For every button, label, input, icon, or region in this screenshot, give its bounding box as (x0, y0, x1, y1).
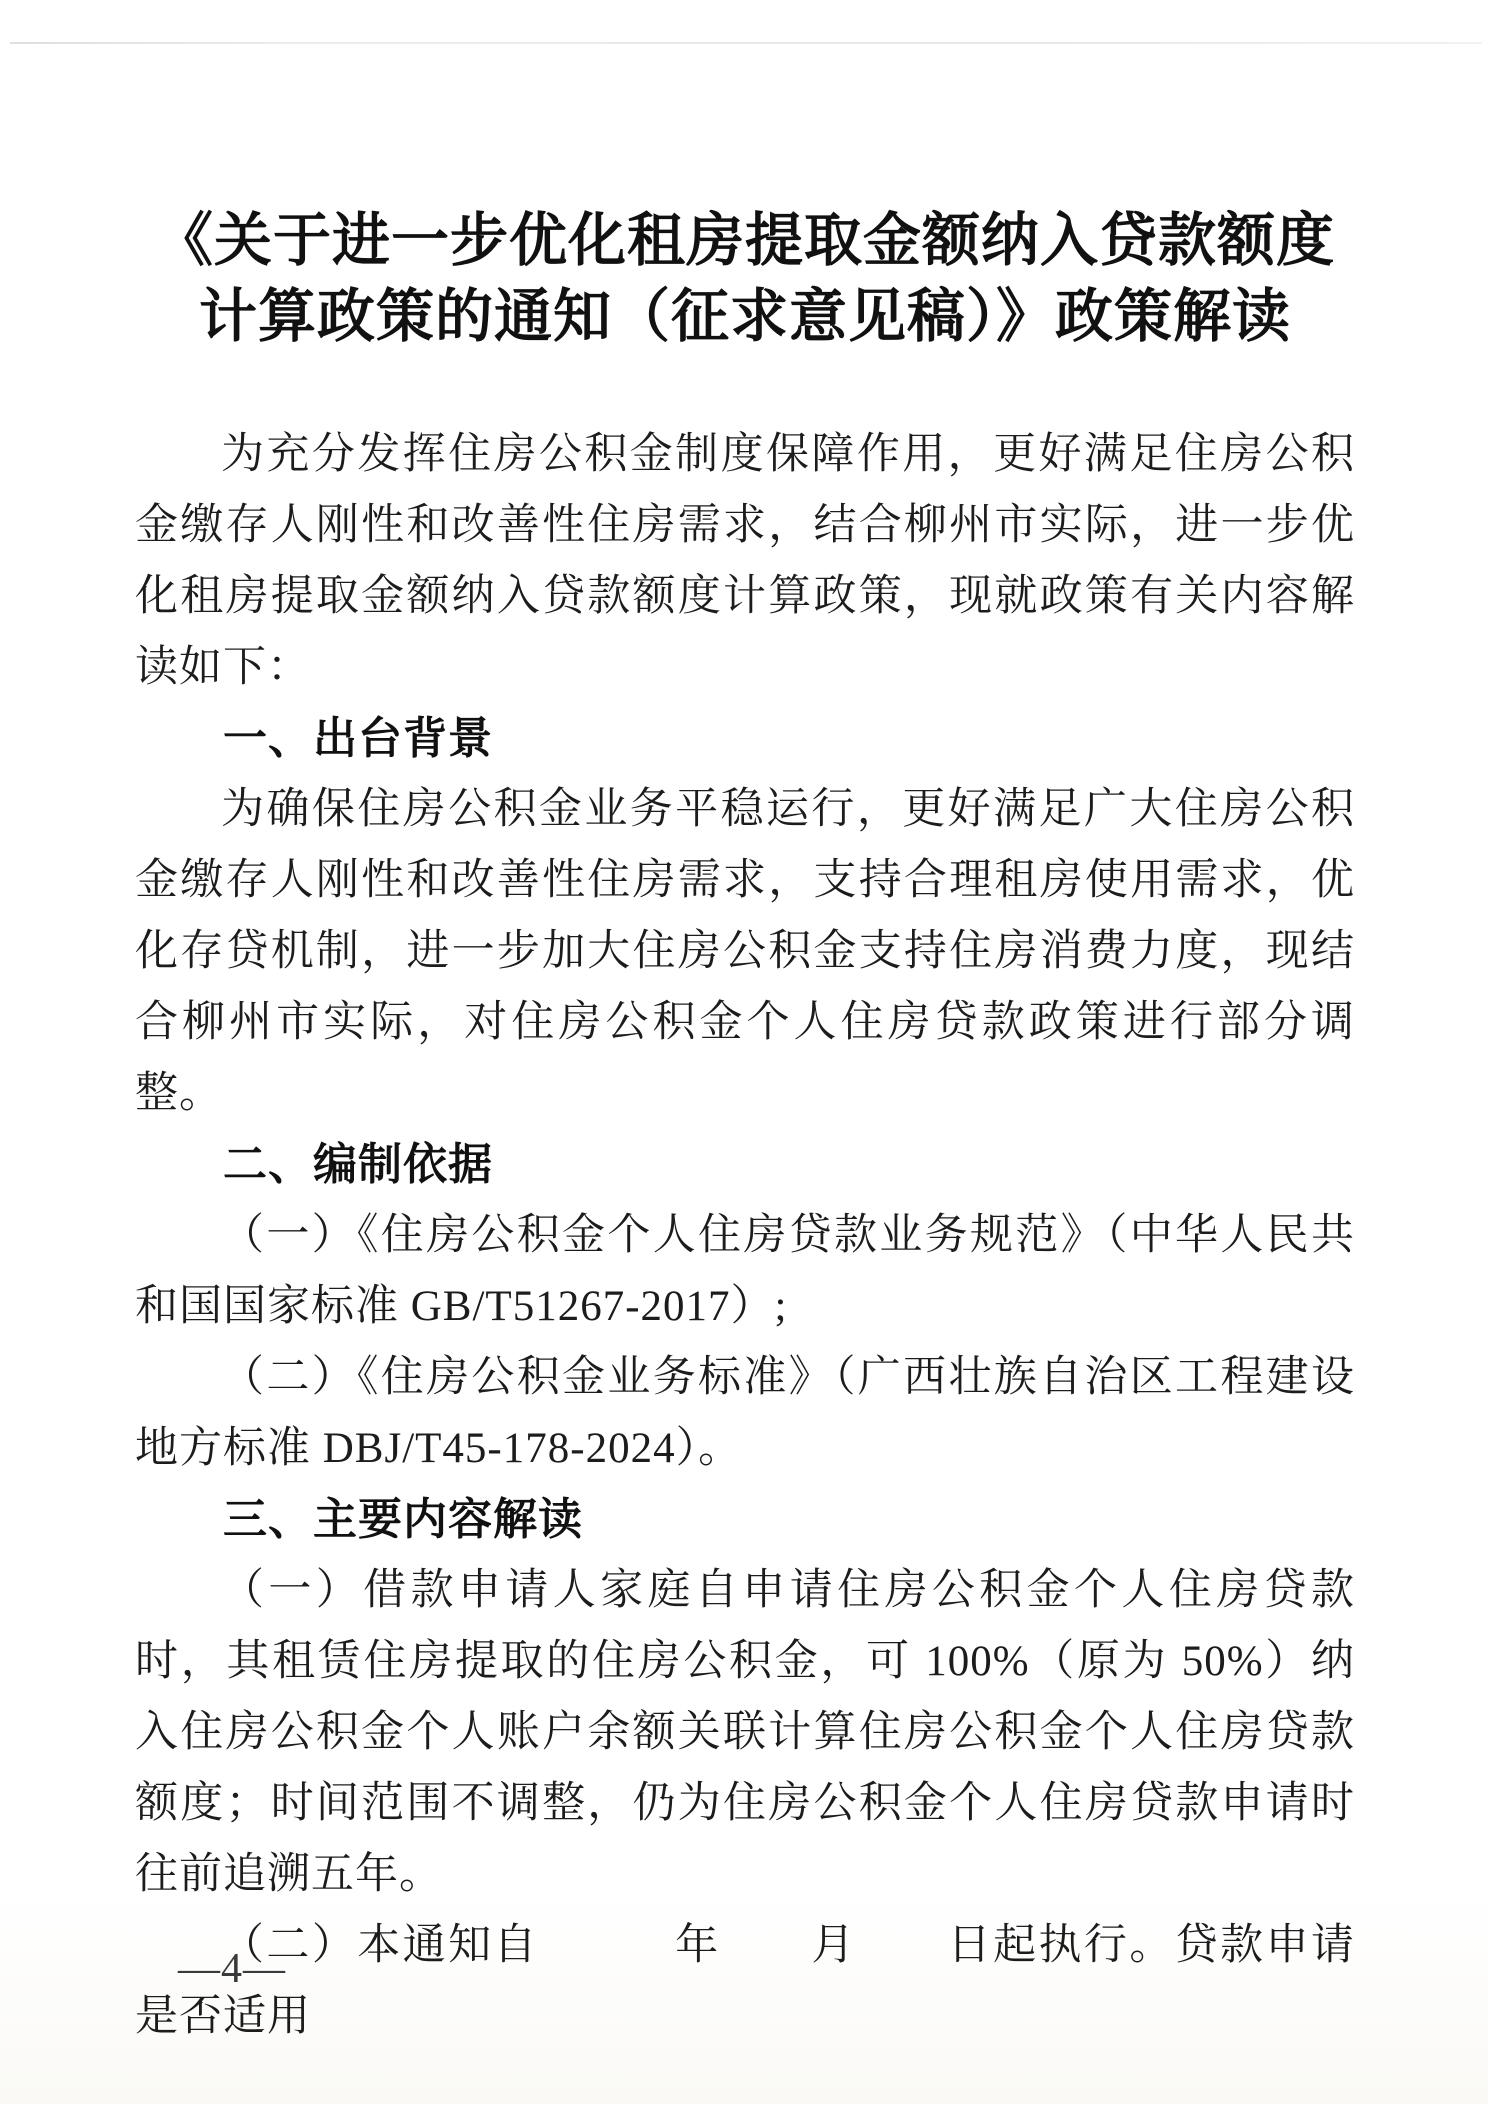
section-1-heading: 一、出台背景 (135, 703, 1355, 774)
section-3-paragraph-2: （二）本通知自 年 月 日起执行。贷款申请是否适用 (135, 1910, 1355, 2052)
page-number: —4— (178, 1946, 286, 1992)
document-page: 《关于进一步优化租房提取金额纳入贷款额度 计算政策的通知（征求意见稿）》政策解读… (0, 0, 1488, 2104)
section-1-paragraph-1: 为确保住房公积金业务平稳运行，更好满足广大住房公积金缴存人刚性和改善性住房需求，… (135, 774, 1355, 1129)
section-2-paragraph-2: （二）《住房公积金业务标准》（广西壮族自治区工程建设地方标准 DBJ/T45-1… (135, 1342, 1355, 1484)
document-title-line-2: 计算政策的通知（征求意见稿）》政策解读 (135, 279, 1355, 355)
section-3-paragraph-1: （一）借款申请人家庭自申请住房公积金个人住房贷款时，其租赁住房提取的住房公积金，… (135, 1555, 1355, 1910)
document-content: 《关于进一步优化租房提取金额纳入贷款额度 计算政策的通知（征求意见稿）》政策解读… (0, 0, 1488, 2052)
document-title-line-1: 《关于进一步优化租房提取金额纳入贷款额度 (135, 203, 1355, 279)
document-title: 《关于进一步优化租房提取金额纳入贷款额度 计算政策的通知（征求意见稿）》政策解读 (135, 203, 1355, 355)
section-2-paragraph-1: （一）《住房公积金个人住房贷款业务规范》（中华人民共和国国家标准 GB/T512… (135, 1200, 1355, 1342)
section-3-heading: 三、主要内容解读 (135, 1484, 1355, 1555)
scan-artifact-line (10, 42, 1482, 44)
intro-paragraph: 为充分发挥住房公积金制度保障作用，更好满足住房公积金缴存人刚性和改善性住房需求，… (135, 419, 1355, 703)
section-2-heading: 二、编制依据 (135, 1129, 1355, 1200)
